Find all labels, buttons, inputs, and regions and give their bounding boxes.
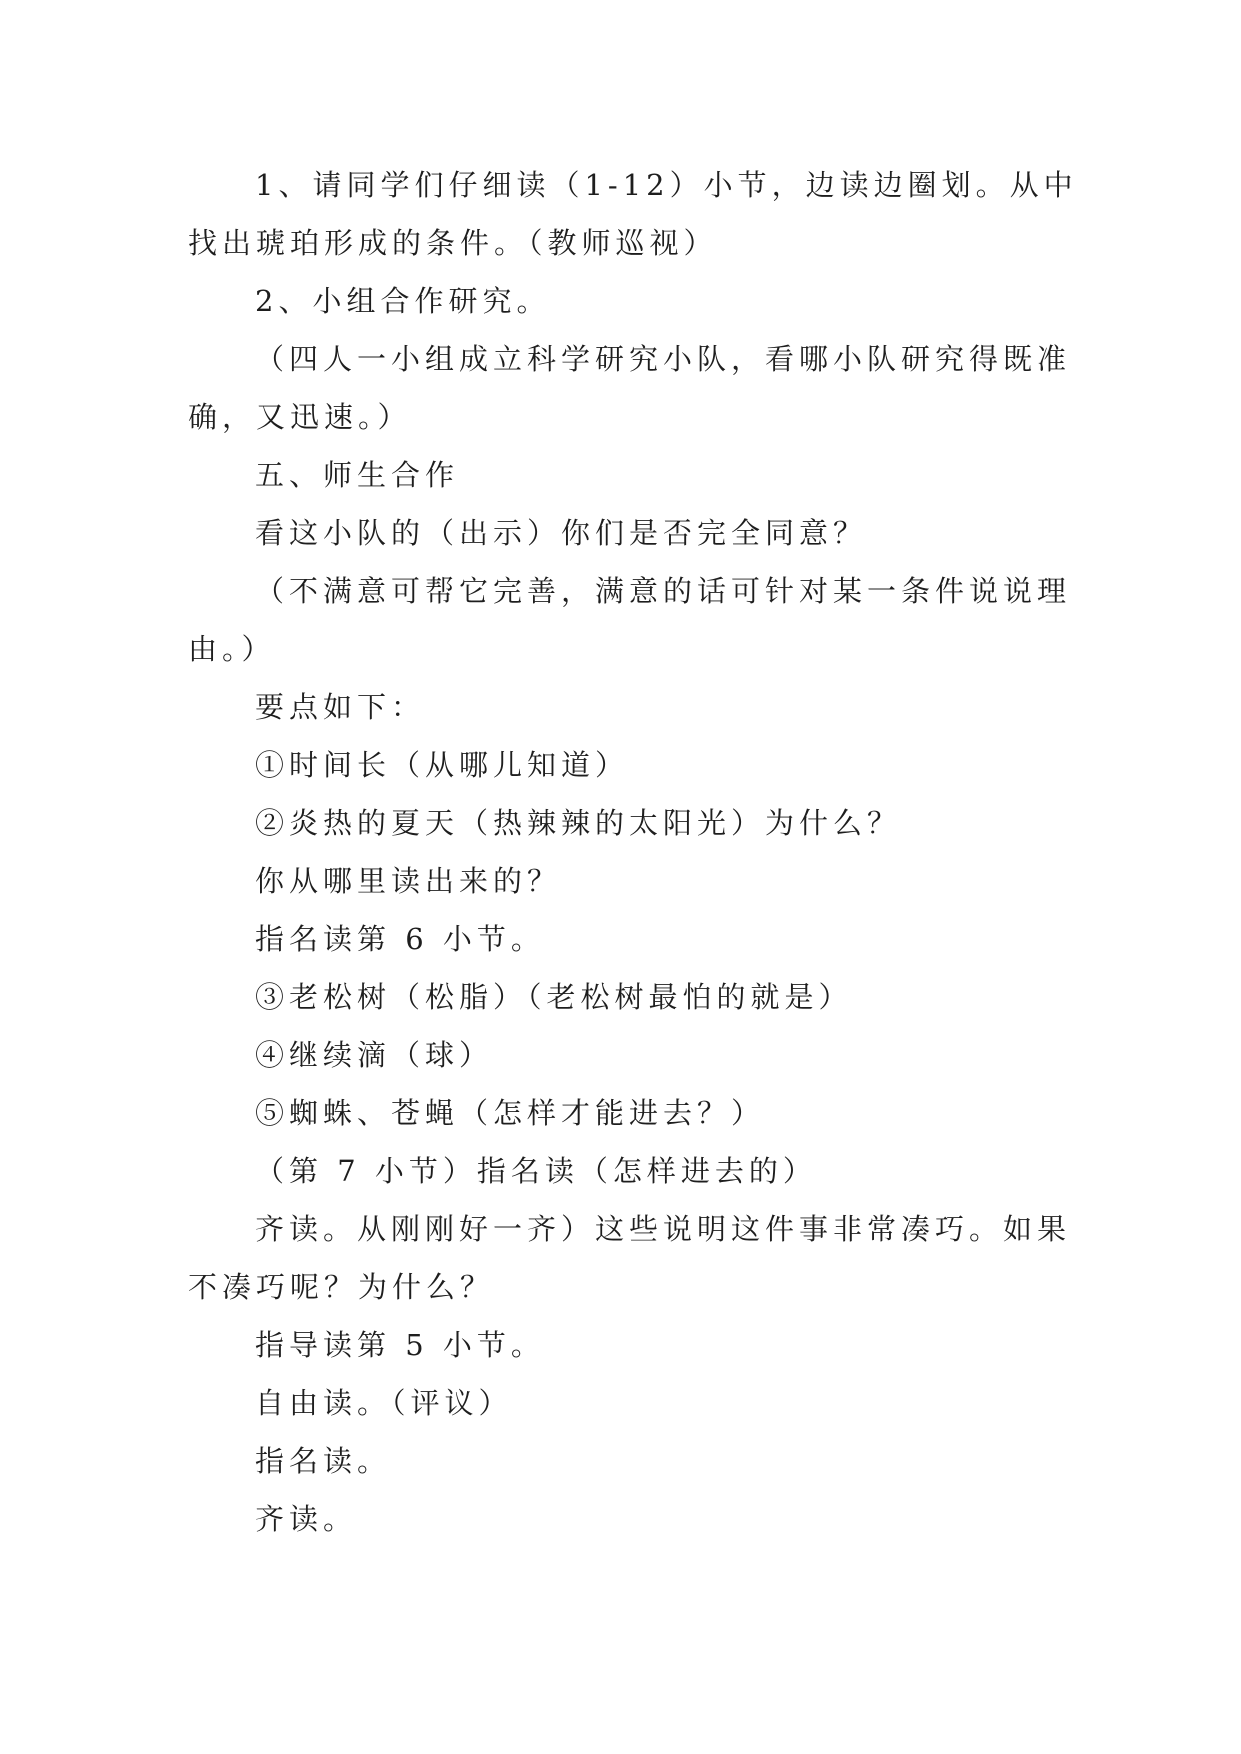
document-body: 1、请同学们仔细读（1-12）小节，边读边圈划。从中找出琥珀形成的条件。（教师巡… (188, 156, 1063, 1548)
text-line: 1、请同学们仔细读（1-12）小节，边读边圈划。从中 (188, 156, 1063, 214)
text-line: ③老松树（松脂）（老松树最怕的就是） (188, 968, 1063, 1026)
text-line: （第 7 小节）指名读（怎样进去的） (188, 1142, 1063, 1200)
text-line: 自由读。（评议） (188, 1374, 1063, 1432)
text-line: 五、师生合作 (188, 446, 1063, 504)
text-line: ②炎热的夏天（热辣辣的太阳光）为什么？ (188, 794, 1063, 852)
text-line: （四人一小组成立科学研究小队，看哪小队研究得既准 (188, 330, 1063, 388)
text-line: 齐读。 (188, 1490, 1063, 1548)
text-line: （不满意可帮它完善，满意的话可针对某一条件说说理 (188, 562, 1063, 620)
text-line: 确，又迅速。） (188, 388, 1063, 446)
text-line: 指名读第 6 小节。 (188, 910, 1063, 968)
text-line: 2、小组合作研究。 (188, 272, 1063, 330)
text-line: 指名读。 (188, 1432, 1063, 1490)
text-line: 要点如下： (188, 678, 1063, 736)
text-line: ④继续滴（球） (188, 1026, 1063, 1084)
text-line: ①时间长（从哪儿知道） (188, 736, 1063, 794)
text-line: 指导读第 5 小节。 (188, 1316, 1063, 1374)
text-line: 看这小队的（出示）你们是否完全同意？ (188, 504, 1063, 562)
text-line: ⑤蜘蛛、苍蝇（怎样才能进去？） (188, 1084, 1063, 1142)
text-line: 你从哪里读出来的？ (188, 852, 1063, 910)
text-line: 不凑巧呢？为什么？ (188, 1258, 1063, 1316)
text-line: 由。） (188, 620, 1063, 678)
document-page: 1、请同学们仔细读（1-12）小节，边读边圈划。从中找出琥珀形成的条件。（教师巡… (0, 0, 1241, 1754)
text-line: 齐读。从刚刚好一齐）这些说明这件事非常凑巧。如果 (188, 1200, 1063, 1258)
text-line: 找出琥珀形成的条件。（教师巡视） (188, 214, 1063, 272)
